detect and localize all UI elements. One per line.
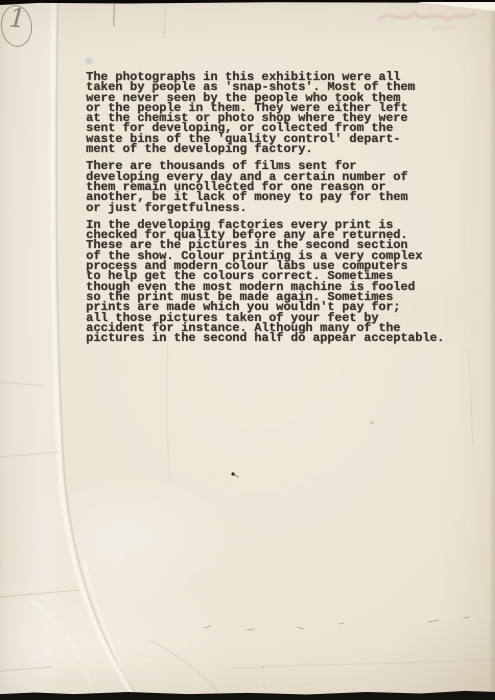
- wrinkle-highlight: [84, 560, 134, 698]
- bleedthrough-handwriting: [378, 13, 475, 30]
- page-number-mark: 1: [8, 3, 27, 34]
- faint-specks: [204, 617, 469, 630]
- typed-text-block: The photographs in this exhibition were …: [86, 72, 438, 350]
- paragraph-quality-control: In the developing factories every print …: [86, 220, 438, 344]
- blue-smudge: [85, 58, 93, 64]
- faint-x-mark: [370, 421, 374, 424]
- paragraph-exhibition-intro: The photographs in this exhibition were …: [86, 72, 438, 154]
- wrinkle-highlight: [30, 600, 92, 690]
- page-right-edge-shadow: [489, 0, 495, 700]
- pencil-tick: [114, 4, 115, 26]
- paragraph-uncollected-films: There are thousands of films sent for de…: [86, 161, 438, 212]
- ink-speck-tail: [234, 475, 239, 477]
- scanned-document: 1 The photographs in this exhibition wer…: [0, 0, 495, 700]
- faint-red-dots: [262, 666, 265, 687]
